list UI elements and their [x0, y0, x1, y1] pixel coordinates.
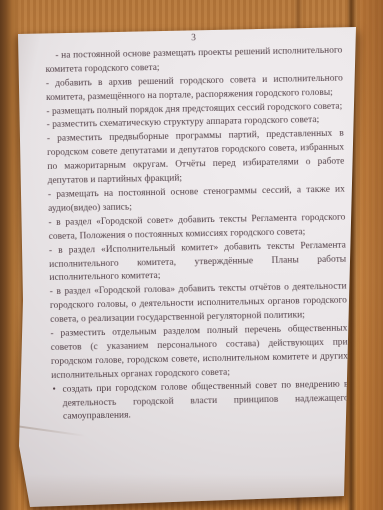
paper-surface: 3 - на постоянной основе размещать проек…: [0, 0, 383, 510]
bullet-marker: •: [52, 384, 56, 398]
paragraph-9: - в раздел «Городской голова» добавить т…: [50, 281, 348, 328]
photo-of-document-on-desk: 3 - на постоянной основе размещать проек…: [0, 0, 383, 510]
paragraph-5: - разместить предвыборные программы парт…: [47, 128, 345, 189]
paragraph-8: - в раздел «Исполнительный комитет» доба…: [49, 239, 347, 286]
list-item-bulleted: • создать при городском голове обществен…: [51, 378, 349, 425]
paper-crease: [16, 425, 86, 437]
paper-sheet: 3 - на постоянной основе размещать проек…: [0, 0, 383, 510]
document-text: 3 - на постоянной основе размещать проек…: [45, 30, 349, 426]
list-item-text: создать при городском голове общественны…: [62, 379, 348, 422]
paragraph-10: - разместить отдельным разделом полный п…: [50, 323, 348, 384]
